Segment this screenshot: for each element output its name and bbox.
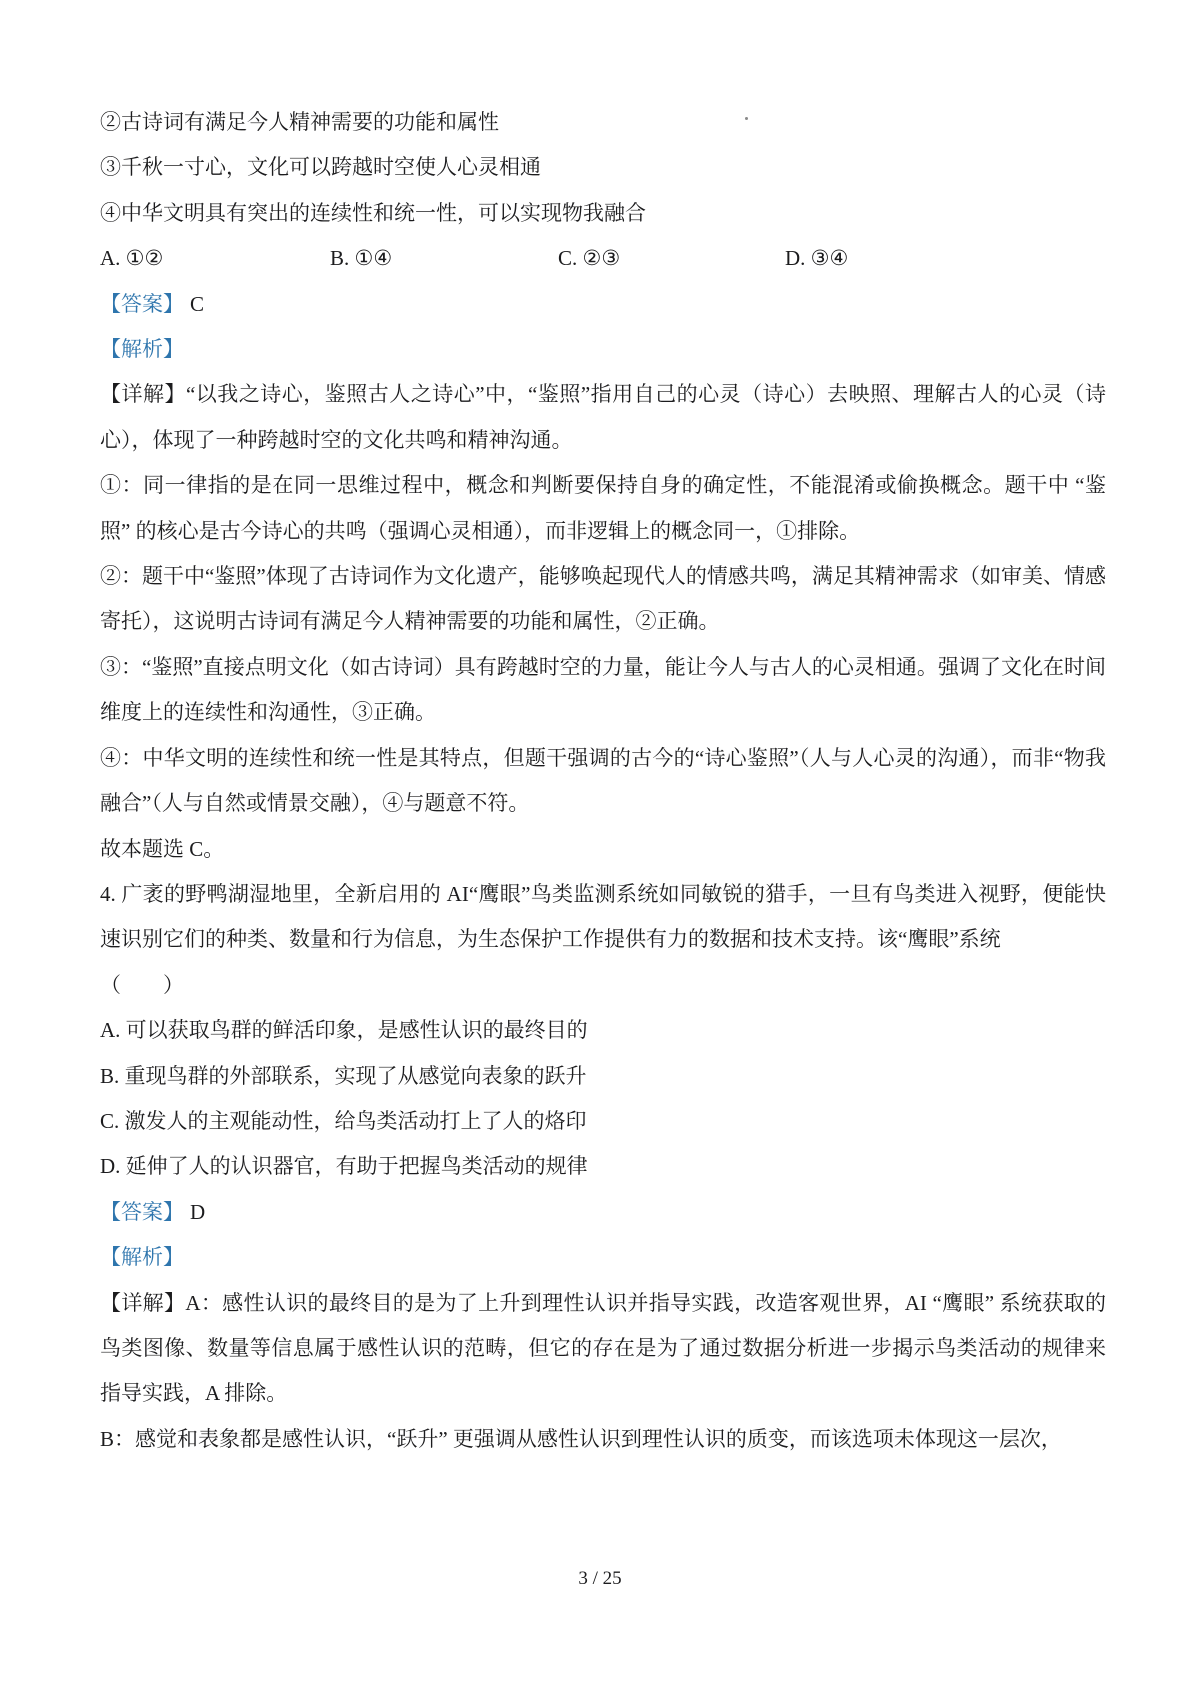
q3-analysis-line: 【解析】 xyxy=(100,327,1106,372)
q3-explanation-4: ④：中华文明的连续性和统一性是其特点，但题干强调的古今的“诗心鉴照”（人与人心灵… xyxy=(100,736,1106,827)
q3-explanation-2: ②：题干中“鉴照”体现了古诗词作为文化遗产，能够唤起现代人的情感共鸣，满足其精神… xyxy=(100,554,1106,645)
q3-statement-4: ④中华文明具有突出的连续性和统一性，可以实现物我融合 xyxy=(100,191,1106,236)
analysis-label: 【解析】 xyxy=(100,1245,184,1269)
q3-explanation-3: ③：“鉴照”直接点明文化（如古诗词）具有跨越时空的力量，能让今人与古人的心灵相通… xyxy=(100,645,1106,736)
q4-choice-d: D. 延伸了人的认识器官，有助于把握鸟类活动的规律 xyxy=(100,1144,1106,1189)
q4-stem: 4. 广袤的野鸭湖湿地里，全新启用的 AI“鹰眼”鸟类监测系统如同敏锐的猎手，一… xyxy=(100,872,1106,963)
q3-explanation-1: ①：同一律指的是在同一思维过程中，概念和判断要保持自身的确定性，不能混淆或偷换概… xyxy=(100,463,1106,554)
q3-choice-b: B. ①④ xyxy=(330,236,558,281)
q4-choice-c: C. 激发人的主观能动性，给鸟类活动打上了人的烙印 xyxy=(100,1099,1106,1144)
analysis-label: 【解析】 xyxy=(100,337,184,361)
q4-choice-b: B. 重现鸟群的外部联系，实现了从感觉向表象的跃升 xyxy=(100,1054,1106,1099)
document-body: ②古诗词有满足今人精神需要的功能和属性 ③千秋一寸心，文化可以跨越时空使人心灵相… xyxy=(100,100,1106,1462)
page-number: 3 / 25 xyxy=(0,1565,1200,1593)
q4-explanation-b: B：感觉和表象都是感性认识，“跃升” 更强调从感性认识到理性认识的质变，而该选项… xyxy=(100,1417,1106,1462)
q3-statement-3: ③千秋一寸心，文化可以跨越时空使人心灵相通 xyxy=(100,145,1106,190)
q4-answer-line: 【答案】D xyxy=(100,1190,1106,1235)
answer-label: 【答案】 xyxy=(100,1200,184,1224)
q3-statement-2: ②古诗词有满足今人精神需要的功能和属性 xyxy=(100,100,1106,145)
q4-choice-a: A. 可以获取鸟群的鲜活印象，是感性认识的最终目的 xyxy=(100,1008,1106,1053)
q3-choice-a: A. ①② xyxy=(100,236,330,281)
q3-answer-line: 【答案】C xyxy=(100,282,1106,327)
q4-answer-blank: （ ） xyxy=(100,963,1106,1008)
q4-detail-text: A：感性认识的最终目的是为了上升到理性认识并指导实践，改造客观世界，AI “鹰眼… xyxy=(100,1291,1106,1406)
answer-label: 【答案】 xyxy=(100,292,184,316)
q3-choice-d: D. ③④ xyxy=(785,236,1106,281)
q4-answer-value: D xyxy=(190,1200,205,1224)
detail-label: 【详解】 xyxy=(100,1291,185,1315)
detail-label: 【详解】 xyxy=(100,382,186,406)
q4-detail-paragraph: 【详解】A：感性认识的最终目的是为了上升到理性认识并指导实践，改造客观世界，AI… xyxy=(100,1281,1106,1417)
q3-choices-row: A. ①② B. ①④ C. ②③ D. ③④ xyxy=(100,236,1106,281)
q3-detail-paragraph: 【详解】“以我之诗心，鉴照古人之诗心”中，“鉴照”指用自己的心灵（诗心）去映照、… xyxy=(100,372,1106,463)
q3-answer-value: C xyxy=(190,292,204,316)
q3-conclusion: 故本题选 C。 xyxy=(100,827,1106,872)
q3-detail-text: “以我之诗心，鉴照古人之诗心”中，“鉴照”指用自己的心灵（诗心）去映照、理解古人… xyxy=(100,382,1106,451)
q3-choice-c: C. ②③ xyxy=(558,236,785,281)
q4-analysis-line: 【解析】 xyxy=(100,1235,1106,1280)
document-page: ②古诗词有满足今人精神需要的功能和属性 ③千秋一寸心，文化可以跨越时空使人心灵相… xyxy=(0,0,1200,1697)
